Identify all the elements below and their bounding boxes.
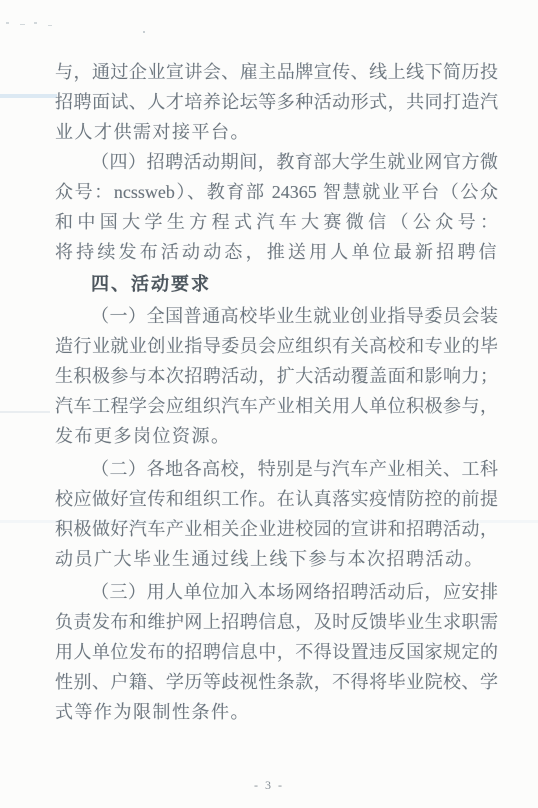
text-line: 众号：ncssweb）、教育部 24365 智慧就业平台（公众号：ncssfwh… [55, 177, 498, 207]
scan-artifact-speck [6, 22, 9, 24]
text-line: 式等作为限制性条件。 [55, 697, 498, 727]
text-line: 动员广大毕业生通过线上线下参与本次招聘活动。 [55, 544, 498, 574]
text-line: 负责发布和维护网上招聘信息，及时反馈毕业生求职需求。 [55, 607, 498, 637]
paragraph: （四）招聘活动期间，教育部大学生就业网官方微信（公众号：ncssweb）、教育部… [55, 147, 498, 267]
paragraph: （三）用人单位加入本场网络招聘活动后，应安排专人负责发布和维护网上招聘信息，及时… [55, 577, 498, 727]
paragraph: 与，通过企业宣讲会、雇主品牌宣传、线上线下简历投递、招聘面试、人才培养论坛等多种… [55, 57, 498, 147]
text-line: 校应做好宣传和组织工作。在认真落实疫情防控的前提下， [55, 484, 498, 514]
text-line: 积极做好汽车产业相关企业进校园的宣讲和招聘活动，积极 [55, 514, 498, 544]
text-line: 生积极参与本次招聘活动，扩大活动覆盖面和影响力；中国 [55, 361, 498, 391]
scan-artifact-streak [0, 94, 57, 98]
scan-artifact-speck [34, 22, 37, 24]
text-line: 和中国大学生方程式汽车大赛微信（公众号：FSC_FSEC）， [55, 207, 498, 237]
document-body: 与，通过企业宣讲会、雇主品牌宣传、线上线下简历投递、招聘面试、人才培养论坛等多种… [55, 57, 498, 727]
page-number: - 3 - [0, 778, 538, 793]
scan-artifact-speck [20, 24, 25, 25]
text-line: 性别、户籍、学历等歧视性条款，不得将毕业院校、学习方 [55, 667, 498, 697]
scan-artifact-streak [0, 411, 50, 413]
text-line: （二）各地各高校，特别是与汽车产业相关、工科类高 [55, 454, 498, 484]
text-line: 与，通过企业宣讲会、雇主品牌宣传、线上线下简历投递、 [55, 57, 498, 87]
text-line: 用人单位发布的招聘信息中，不得设置违反国家规定的有关 [55, 637, 498, 667]
text-line: 四、活动要求 [55, 269, 498, 299]
text-line: （一）全国普通高校毕业生就业创业指导委员会装备制 [55, 301, 498, 331]
scanned-document-page: 与，通过企业宣讲会、雇主品牌宣传、线上线下简历投递、招聘面试、人才培养论坛等多种… [0, 0, 538, 808]
text-line: （四）招聘活动期间，教育部大学生就业网官方微信（公 [55, 147, 498, 177]
scan-artifact-speck [48, 25, 52, 26]
paragraph: （一）全国普通高校毕业生就业创业指导委员会装备制造行业就业创业指导委员会应组织有… [55, 301, 498, 451]
paragraph: （二）各地各高校，特别是与汽车产业相关、工科类高校应做好宣传和组织工作。在认真落… [55, 454, 498, 574]
text-line: 发布更多岗位资源。 [55, 421, 498, 451]
section-heading: 四、活动要求 [55, 269, 498, 299]
scan-artifact-speck [143, 31, 145, 33]
text-line: 业人才供需对接平台。 [55, 117, 498, 147]
text-line: 将持续发布活动动态，推送用人单位最新招聘信息。 [55, 237, 498, 267]
text-line: （三）用人单位加入本场网络招聘活动后，应安排专人 [55, 577, 498, 607]
text-line: 招聘面试、人才培养论坛等多种活动形式，共同打造汽车产 [55, 87, 498, 117]
text-line: 汽车工程学会应组织汽车产业相关用人单位积极参与，汇聚 [55, 391, 498, 421]
text-line: 造行业就业创业指导委员会应组织有关高校和专业的毕业 [55, 331, 498, 361]
